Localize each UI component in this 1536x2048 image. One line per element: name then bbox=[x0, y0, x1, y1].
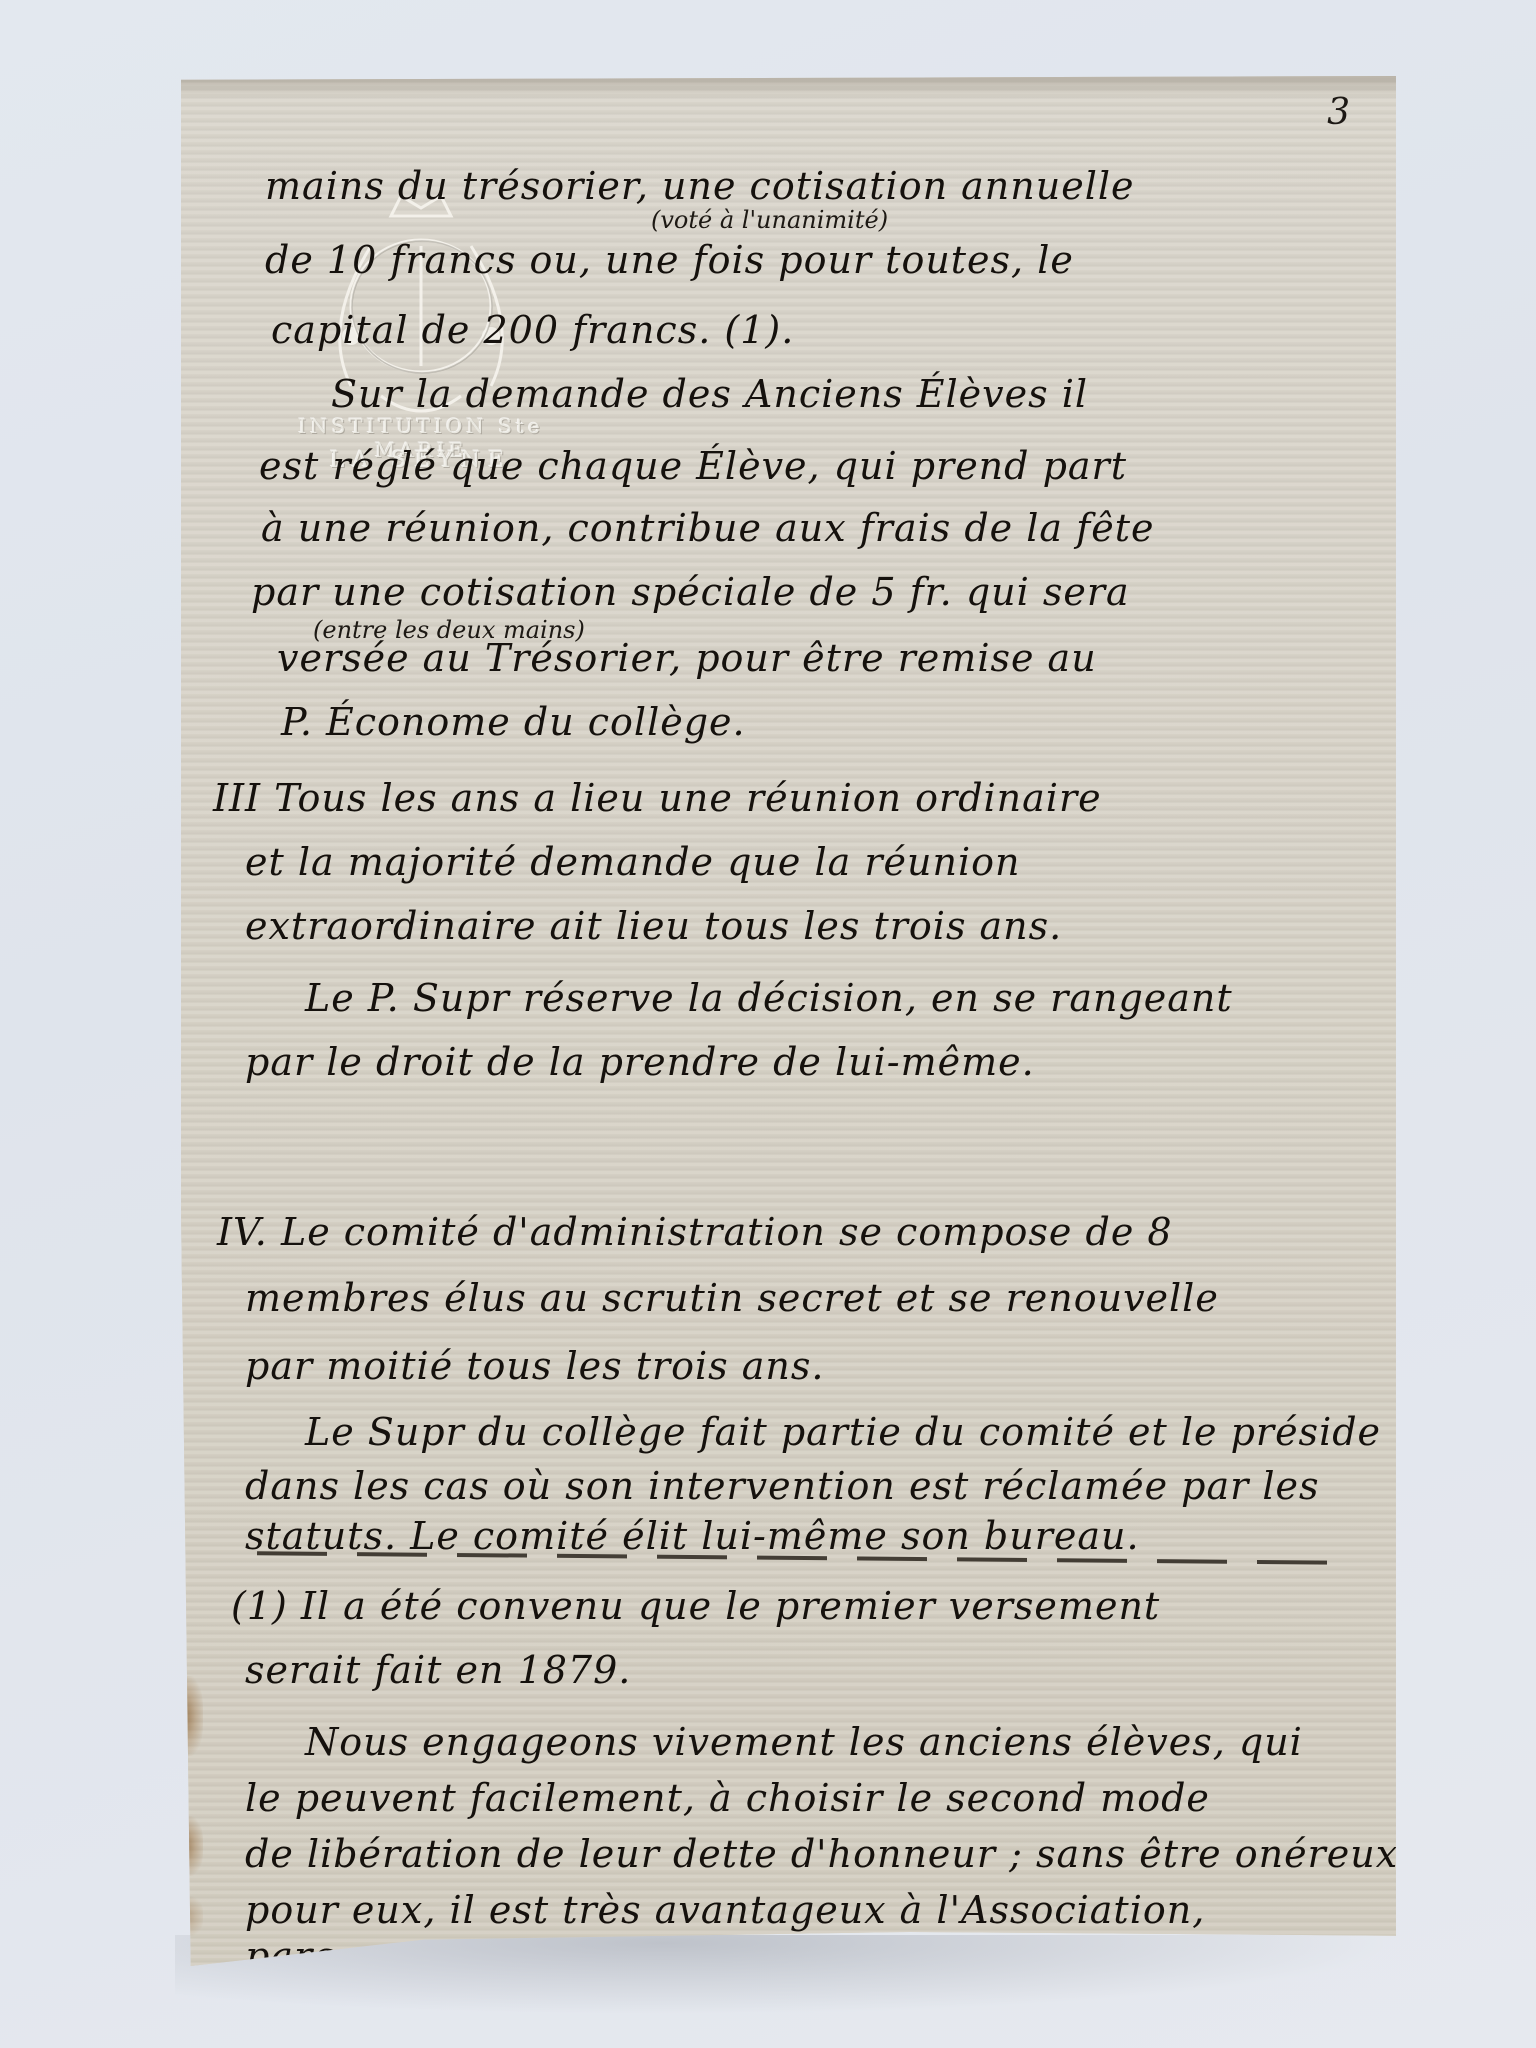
footnote-line: pour eux, il est très avantageux à l'Ass… bbox=[245, 1888, 1205, 1932]
body-line: Le Supr du collège fait partie du comité… bbox=[305, 1410, 1381, 1454]
body-line: dans les cas où son intervention est réc… bbox=[245, 1464, 1320, 1508]
interlinear-insert: (voté à l'unanimité) bbox=[651, 206, 888, 234]
page-top-edge bbox=[181, 76, 1396, 98]
foxing-stain bbox=[177, 1676, 203, 1756]
body-line: par le droit de la prendre de lui-même. bbox=[245, 1040, 1035, 1084]
body-line: de 10 francs ou, une fois pour toutes, l… bbox=[265, 238, 1074, 282]
body-line: versée au Trésorier, pour être remise au bbox=[277, 636, 1097, 680]
body-line: mains du trésorier, une cotisation annue… bbox=[265, 164, 1135, 208]
body-line: membres élus au scrutin secret et se ren… bbox=[245, 1276, 1219, 1320]
body-line: à une réunion, contribue aux frais de la… bbox=[261, 506, 1154, 550]
footnote-line: Nous engageons vivement les anciens élèv… bbox=[305, 1720, 1303, 1764]
body-line: Sur la demande des Anciens Élèves il bbox=[331, 372, 1088, 416]
footnote-line: serait fait en 1879. bbox=[245, 1648, 631, 1692]
body-line: Le P. Supr réserve la décision, en se ra… bbox=[305, 976, 1233, 1020]
body-line: capital de 200 francs. (1). bbox=[271, 308, 794, 352]
footnote-line: de libération de leur dette d'honneur ; … bbox=[245, 1832, 1398, 1876]
foxing-stain bbox=[177, 1896, 203, 1936]
article-iii-line: III Tous les ans a lieu une réunion ordi… bbox=[213, 776, 1102, 820]
body-line: par moitié tous les trois ans. bbox=[245, 1344, 824, 1388]
foxing-stain bbox=[177, 1816, 203, 1876]
footnote-line: (1) Il a été convenu que le premier vers… bbox=[231, 1584, 1160, 1628]
body-line: P. Économe du collège. bbox=[281, 700, 746, 744]
footnote-line: le peuvent facilement, à choisir le seco… bbox=[245, 1776, 1210, 1820]
page-number: 3 bbox=[1327, 92, 1350, 133]
body-line: est réglé que chaque Élève, qui prend pa… bbox=[259, 444, 1127, 488]
manuscript-page: 3 INSTITUTION Ste MARIE LA SEYNE mains d… bbox=[181, 76, 1396, 1966]
article-iv-line: IV. Le comité d'administration se compos… bbox=[217, 1210, 1173, 1254]
body-line: par une cotisation spéciale de 5 fr. qui… bbox=[251, 570, 1130, 614]
body-line: et la majorité demande que la réunion bbox=[245, 840, 1020, 884]
body-line: extraordinaire ait lieu tous les trois a… bbox=[245, 904, 1062, 948]
